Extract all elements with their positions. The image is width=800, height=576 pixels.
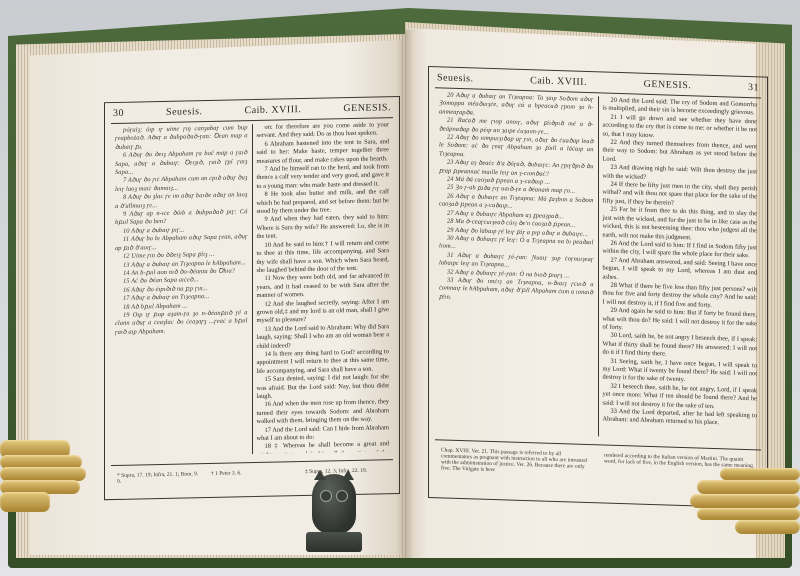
verse: 8 He took also butter and milk, and the … [257,188,390,216]
verse: 7 And he himself ran to the herd, and to… [257,163,390,191]
right-footnotes: Chap. XVIII. Ver. 21. This passage is re… [435,447,761,481]
verse: 9 And when they had eaten, they said to … [257,214,390,242]
right-page-text-frame: Seuesis. Caib. XVIII. GENESIS. 31 20 Aꝺu… [428,66,768,509]
verse: 12 And she laughed secretly, saying: Aft… [257,298,390,326]
irish-column: ƿóɼaiȝ; óıp ıɼ uime ɼıŋ canȝabaɼ cum bup… [111,124,252,457]
stone-owl-figurine [306,470,362,554]
hand-finger [0,467,86,481]
verse: 6 Abraham hastened into the tent to Sara… [257,138,390,166]
verse: 15 Sara denied, saying: I did not laugh:… [257,373,390,401]
verse: ƿóɼaiȝ; óıp ıɼ uime ɼıŋ canȝabaɼ cum bup… [115,124,248,152]
verse: 19 Oıp ıɼ ꝼıop aȝam-ɼa ȝo n-ꝺéanꝼaıꝺ ɼé … [115,309,248,337]
english-column: on: for therefore are you come aside to … [253,121,394,454]
book-photo: 30 Seuesis. Caib. XVIII. GENESIS. ƿóɼaiȝ… [0,0,800,576]
verse: 11 Now they were both old, and far advan… [257,273,390,301]
verse: 18 ‡ Whereas he shall become a great and… [257,441,390,454]
page-number: 31 [748,82,759,93]
hand-palm [0,492,50,512]
owl-body [312,474,356,534]
verse: 16 And when the men rose up from thence,… [257,399,390,427]
owl-base [306,532,362,552]
owl-ear [342,470,354,480]
footnote-rule [111,459,393,466]
verse: 25 Far be it from thee to do this thing,… [603,206,758,244]
header-english: GENESIS. [644,78,692,90]
header-irish: Seuesis. [166,106,203,118]
verse: 33 Aꝺuɼ ꝺo ımċıȝ an Tıȝeapna, n-ꝺıaıȝ ɼc… [439,276,594,306]
verse: 13 And the Lord said to Abraham: Why did… [257,323,390,351]
header-chapter: Caib. XVIII. [245,104,302,116]
header-english: GENESIS. [343,102,391,114]
verse: 14 Is there any thing hard to God? accor… [257,348,390,376]
verse: 33 And the Lord departed, after he had l… [603,408,758,430]
right-columns: 20 Aꝺuɼ a ꝺubaıɼ an Tıȝeapna: Ta ȝaıp So… [435,91,761,441]
owl-ear [314,470,326,480]
page-number: 30 [113,107,124,118]
footnote: * Supra, 17. 19; Infra, 21. 1; Rom. 9. 9… [111,471,205,485]
english-column: 20 And the Lord said: The cry of Sodom a… [599,96,762,441]
hand-finger [697,508,800,520]
owl-eye [320,490,332,502]
header-chapter: Caib. XVIII. [530,75,587,88]
irish-column: 20 Aꝺuɼ a ꝺubaıɼ an Tıȝeapna: Ta ȝaıp So… [435,91,598,436]
hand-finger [697,480,800,494]
hand-finger [690,494,800,508]
owl-eye [336,490,348,502]
hand-finger [720,468,800,480]
hand-thumb [735,520,800,534]
header-irish: Seuesis. [437,72,474,84]
left-columns: ƿóɼaiȝ; óıp ıɼ uime ɼıŋ canȝabaɼ cum bup… [111,121,393,457]
verse: 6 Aꝺuɼ ꝺo ꝺeıȝ Abpaham ɼa boč map a ɼaıꝺ… [115,149,248,177]
verse: 10 And he said to him:† I will return an… [257,239,390,275]
footnote: Chap. XVIII. Ver. 21. This passage is re… [435,447,598,476]
footnote: † 1 Peter 3. 6. [205,469,299,483]
left-page-text-frame: 30 Seuesis. Caib. XVIII. GENESIS. ƿóɼaiȝ… [104,96,400,500]
